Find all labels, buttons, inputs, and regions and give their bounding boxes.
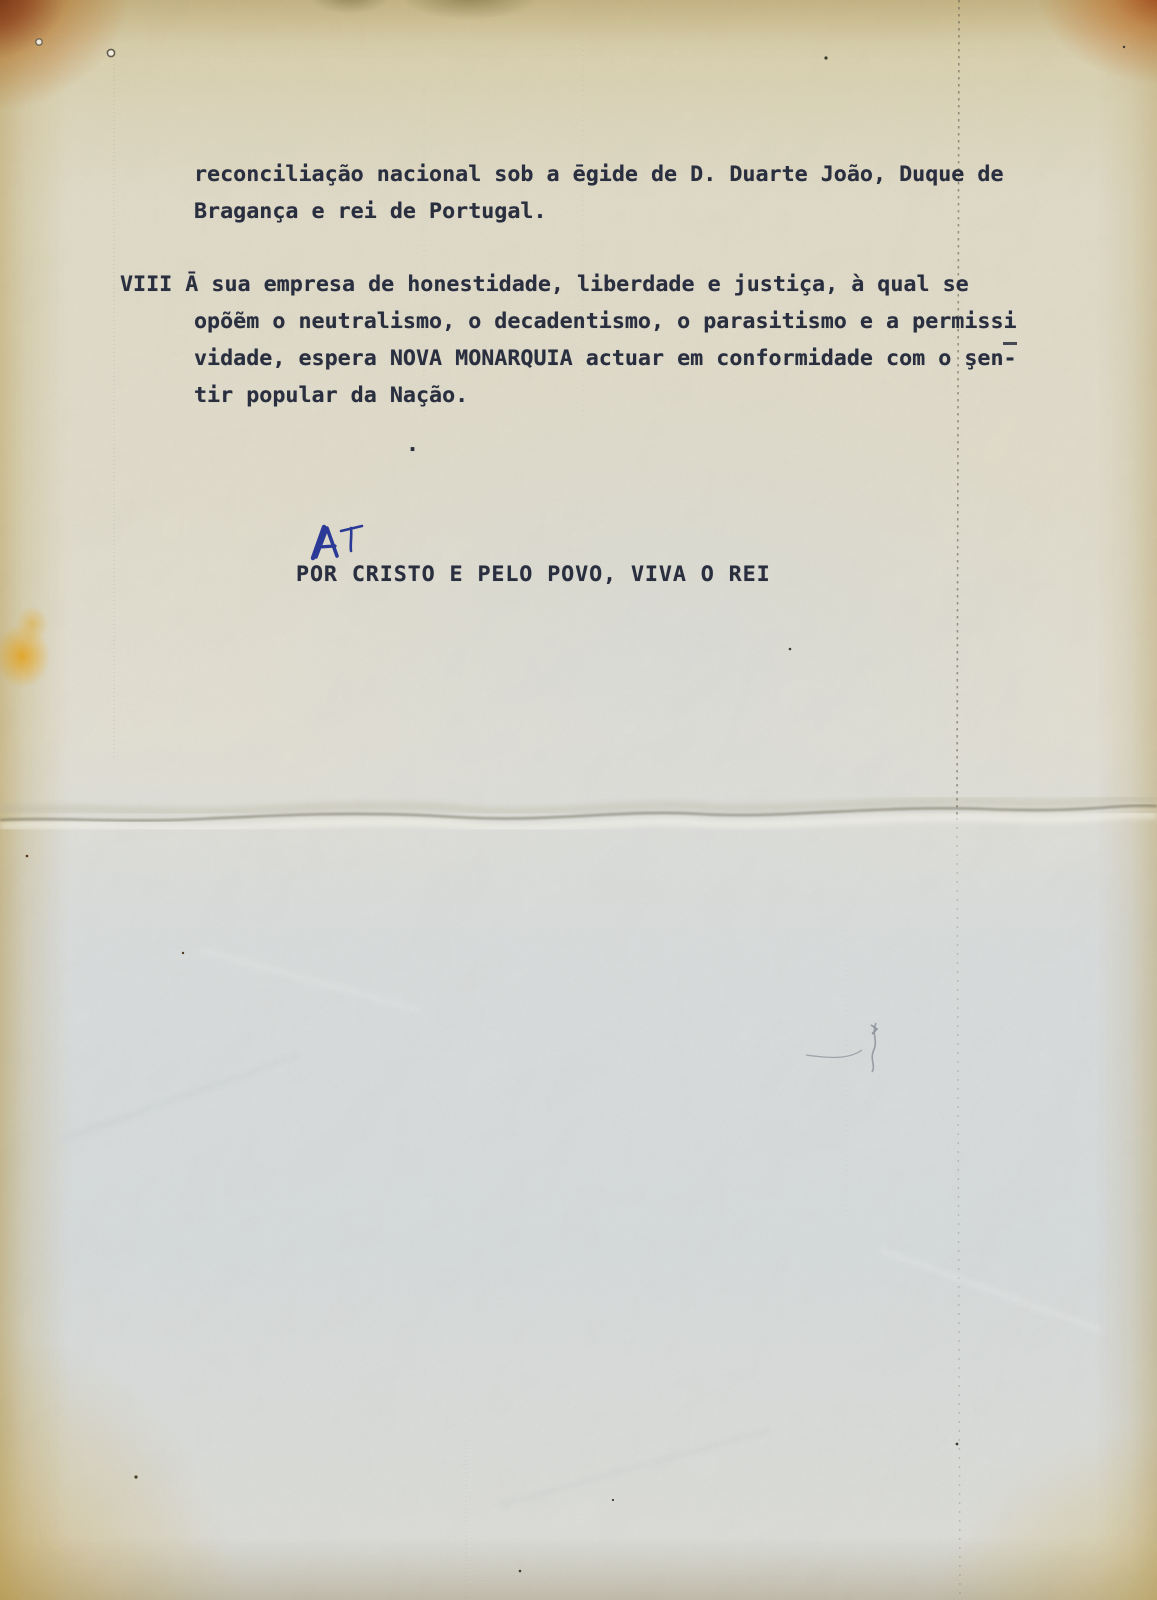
vertical-fold-line-top [957, 0, 959, 818]
slogan-line: POR CRISTO E PELO POVO, VIVA O REI [296, 562, 771, 588]
typed-line: Bragança e rei de Portugal. [194, 199, 547, 225]
typed-line: tir popular da Nação. [194, 383, 468, 409]
typed-line: vidade, espera NOVA MONARQUIA actuar em … [194, 346, 1017, 372]
staple-hole [36, 39, 42, 45]
typed-line: VIII Ā sua empresa de honestidade, liber… [120, 272, 969, 298]
document-page: reconciliação nacional sob a ēgide de D.… [0, 0, 1157, 1600]
pencil-smudge [806, 1023, 877, 1072]
typed-line: reconciliação nacional sob a ēgide de D.… [194, 162, 1004, 188]
typed-line: . [406, 432, 419, 458]
fold-highlight [0, 815, 1157, 828]
crease-overlay [0, 0, 1157, 1600]
vertical-fold-line-bottom [957, 818, 960, 1600]
crinkle-line [500, 1430, 770, 1505]
crinkle-line [60, 1055, 300, 1140]
crinkle-line [880, 1250, 1100, 1330]
continuation-underline [1003, 342, 1017, 345]
crinkle-line [200, 950, 420, 1010]
handwritten-letter-T-stem [351, 528, 352, 551]
handwritten-annotation [300, 505, 375, 565]
staple-hole [107, 49, 114, 56]
paper-texture [0, 0, 1157, 1600]
horizontal-fold-line [0, 806, 1157, 821]
typed-line: opõẽm o neutralismo, o decadentismo, o p… [194, 309, 1017, 335]
fold-shadow [0, 799, 1157, 812]
handwritten-letter-A-bar [319, 546, 335, 547]
